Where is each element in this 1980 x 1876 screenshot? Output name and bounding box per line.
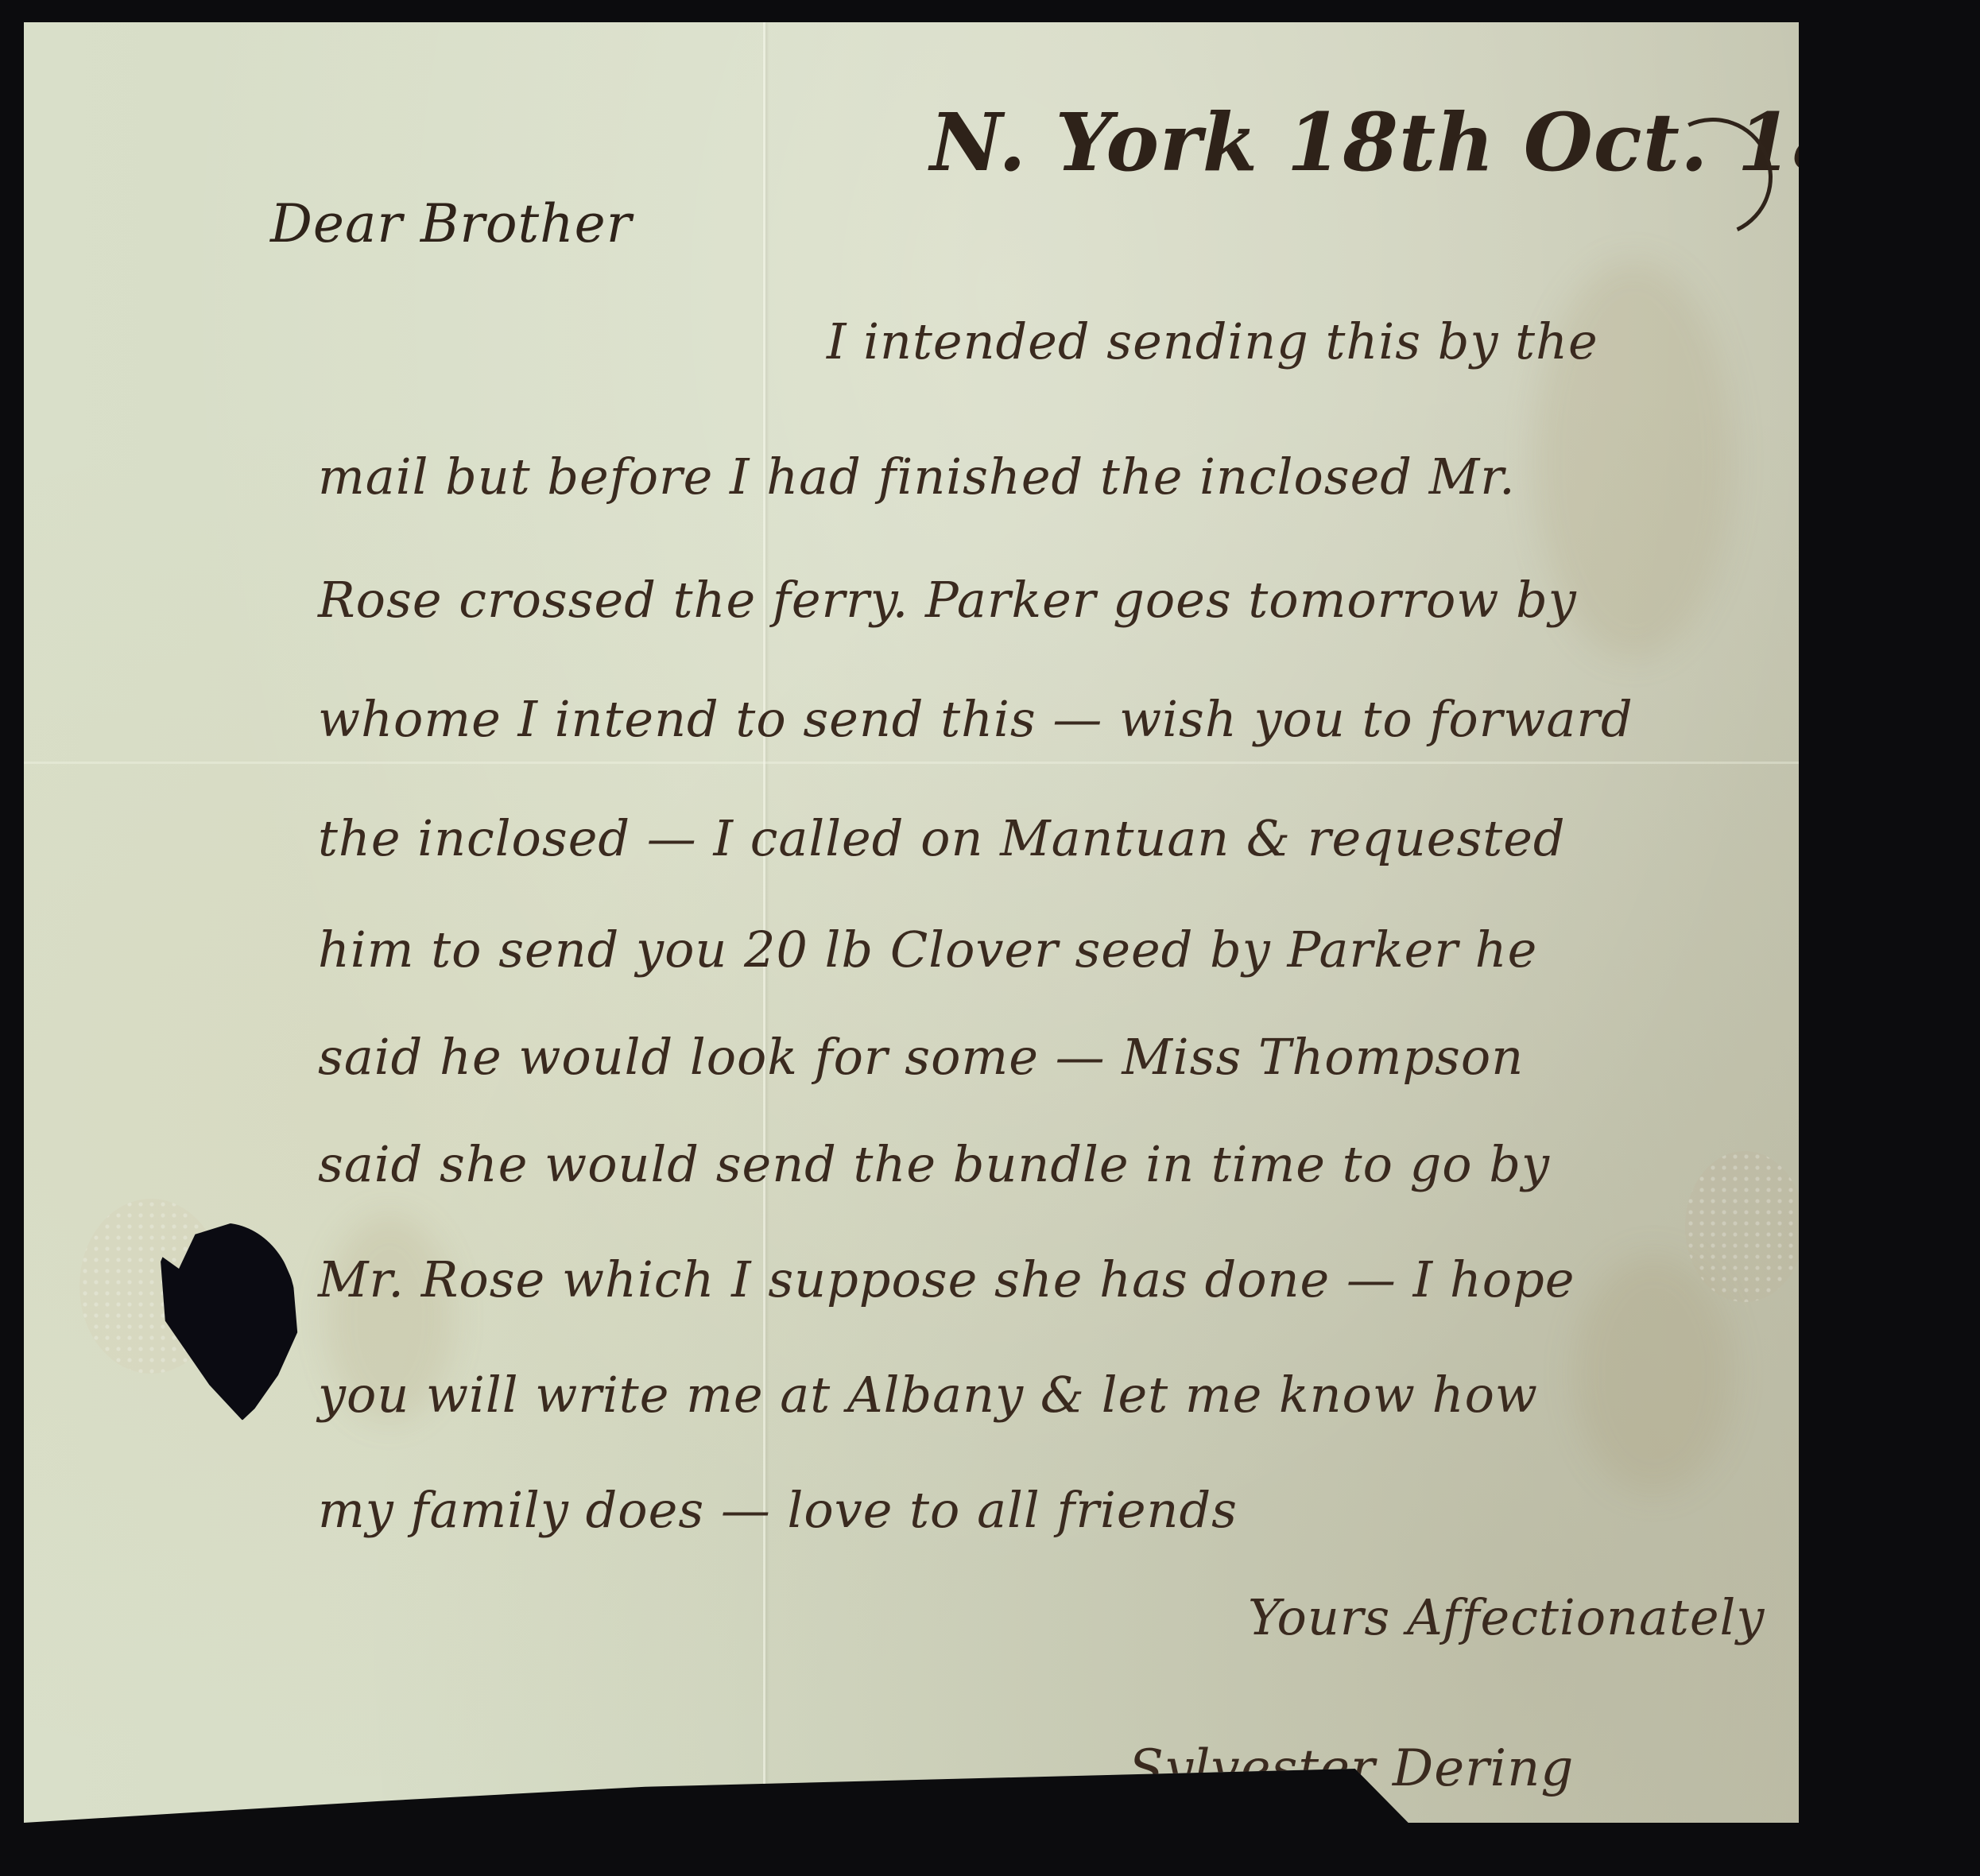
body-line: my family does — love to all friends [318, 1481, 1238, 1539]
body-line: the inclosed — I called on Mantuan & req… [318, 809, 1566, 867]
letter-paper: N. York 18th Oct. 1815 Dear Brother I in… [24, 22, 1799, 1823]
body-line: said she would send the bundle in time t… [318, 1135, 1550, 1193]
dateline: N. York 18th Oct. 1815 [930, 95, 1962, 189]
body-line: you will write me at Albany & let me kno… [318, 1366, 1538, 1424]
body-line: I intended sending this by the [827, 312, 1598, 370]
wax-seal-imprint [1685, 1151, 1804, 1302]
closing: Yours Affectionately [1248, 1588, 1765, 1646]
salutation: Dear Brother [270, 193, 632, 254]
water-stain [1574, 1254, 1733, 1493]
horizontal-fold-crease [24, 762, 1799, 764]
body-line: mail but before I had finished the inclo… [318, 448, 1516, 506]
body-line: whome I intend to send this — wish you t… [318, 690, 1633, 748]
body-line: Rose crossed the ferry. Parker goes tomo… [318, 571, 1577, 629]
body-line: said he would look for some — Miss Thomp… [318, 1028, 1524, 1086]
body-line: him to send you 20 lb Clover seed by Par… [318, 921, 1537, 979]
signature: Sylvester Dering [1129, 1739, 1574, 1798]
body-line: Mr. Rose which I suppose she has done — … [318, 1250, 1575, 1308]
